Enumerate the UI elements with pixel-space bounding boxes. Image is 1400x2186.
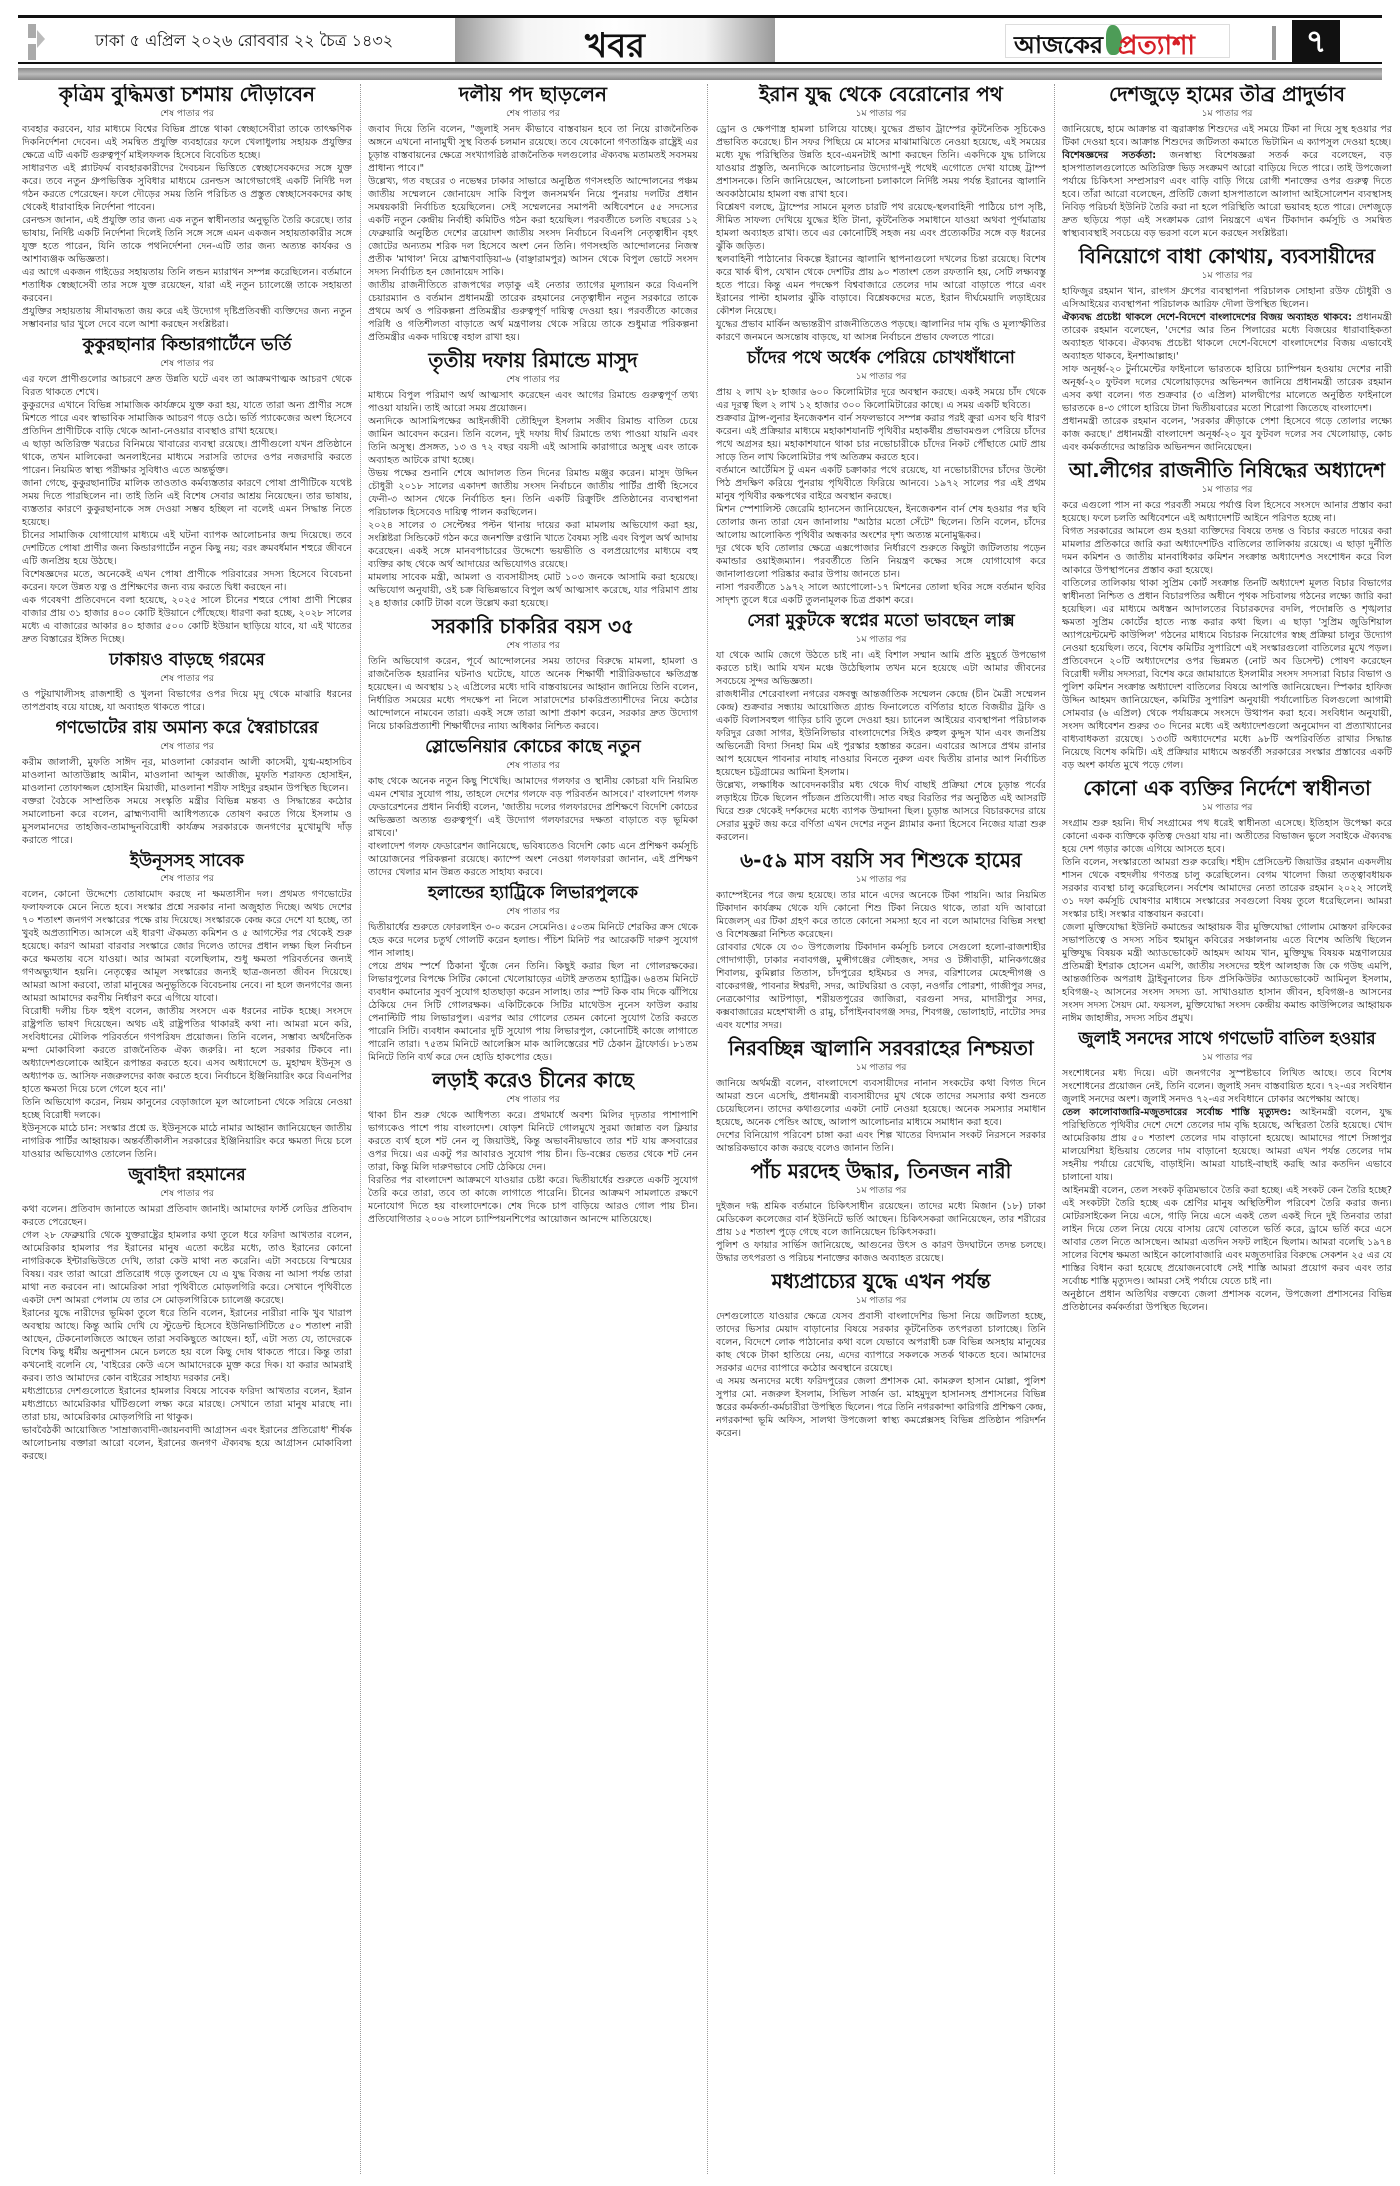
article-paragraph: স্থলবাহিনী পাঠানোর বিকল্পে ইরানের জ্বালা… [716, 253, 1046, 318]
article-paragraph: বিগত সরকারের আমলে গুম হওয়া ব্যক্তিদের ব… [1062, 525, 1392, 577]
continuation-note: শেষ পাতার পর [368, 758, 698, 773]
article-body: জানিয়ে অর্থমন্ত্রী বলেন, বাংলাদেশে ব্যব… [716, 1077, 1046, 1155]
article-paragraph: বিরতির পর বাংলাদেশ আক্রমণে যাওয়ার চেষ্ট… [368, 1174, 698, 1226]
article-paragraph: কাছ থেকে অনেক নতুন কিছু শিখেছি। আমাদের গ… [368, 775, 698, 840]
article-paragraph: জাতীয় রাজনীতিতে রাজপথের লড়াকু এই নেতার… [368, 279, 698, 344]
article: চাঁদের পথে অর্ধেক পেরিয়ে চোখধাঁধানো১ম প… [716, 350, 1046, 607]
article-paragraph: বলেন, কোনো উদ্দেশ্যে তোষামোদ করছে না ক্ষ… [22, 888, 352, 1005]
article-body: তিনি অভিযোগ করেন, পূর্বে আন্দোলনের সময় … [368, 655, 698, 733]
article-body: হাফিজুর রহমান খান, রাংগস গ্রুপের ব্যবস্থ… [1062, 285, 1392, 454]
article-paragraph: দেশগুলোতে যাওয়ার ক্ষেত্রে যেসব প্রবাসী … [716, 1310, 1046, 1375]
continuation-note: শেষ পাতার পর [22, 739, 352, 754]
continuation-note: ১ম পাতার পর [716, 106, 1046, 121]
article-paragraph: দেশের বিনিয়োগ পরিবেশ চাঙ্গা করা এবং শিল… [716, 1129, 1046, 1155]
dateline: ঢাকা ৫ এপ্রিল ২০২৬ রোববার ২২ চৈত্র ১৪৩২ [95, 28, 393, 55]
page-number: ৭ [1292, 20, 1340, 62]
article-paragraph: তেল কালোবাজারি-মজুতদারের সর্বোচ্চ শাস্তি… [1062, 1106, 1392, 1184]
newspaper-logo[interactable]: আজকের প্রত্যাশা [1005, 24, 1230, 58]
header-band [18, 68, 1382, 80]
article-paragraph: থাকা চীন শুরু থেকে আধিপত্য করে। প্রথমার্… [368, 1109, 698, 1174]
column-1: কৃত্রিম বুদ্ধিমত্তা চশমায় দৌড়াবেনশেষ প… [22, 84, 352, 2174]
article-paragraph: মধ্যপ্রাচ্যের দেশগুলোতে ইরানের হামলার বি… [22, 1385, 352, 1424]
article-paragraph: অনুষ্ঠানে প্রধান অতিথির বক্তব্যে জেলা প্… [1062, 1288, 1392, 1314]
article: স্লোভেনিয়ার কোচের কাছে নতুনশেষ পাতার পর… [368, 739, 698, 879]
article-headline[interactable]: জুলাই সনদের সাথে গণভোট বাতিল হওয়ার [1062, 1031, 1392, 1049]
article-headline[interactable]: গণভোটের রায় অমান্য করে স্বৈরাচারের [22, 720, 352, 738]
article-body: কথা বলেন। প্রতিবাদ জানাতে আমরা প্রতিবাদ … [22, 1203, 352, 1463]
article-paragraph: যুদ্ধের প্রভাব মার্কিন অভ্যন্তরীণ রাজনীত… [716, 318, 1046, 344]
article-body: ড্রোন ও ক্ষেপণাস্ত্র হামলা চালিয়ে যাচ্ছ… [716, 123, 1046, 344]
article-paragraph: হাফিজুর রহমান খান, রাংগস গ্রুপের ব্যবস্থ… [1062, 285, 1392, 311]
article-paragraph: জানিয়ে অর্থমন্ত্রী বলেন, বাংলাদেশে ব্যব… [716, 1077, 1046, 1129]
continuation-note: ১ম পাতার পর [1062, 106, 1392, 121]
bottom-rule [18, 62, 1382, 64]
article-paragraph: এর ফলে প্রাণীগুলোর আচরণে দ্রুত উন্নতি ঘট… [22, 373, 352, 399]
article: তৃতীয় দফায় রিমান্ডে মাসুদশেষ পাতার পরম… [368, 350, 698, 610]
article: সেরা মুকুটকে স্বপ্নের মতো ভাবছেন লাক্স১ম… [716, 613, 1046, 844]
continuation-note: ১ম পাতার পর [716, 1060, 1046, 1075]
article: পাঁচ মরদেহ উদ্ধার, তিনজন নারী১ম পাতার পর… [716, 1161, 1046, 1265]
article-headline[interactable]: জুবাইদা রহমানের [22, 1167, 352, 1185]
article-paragraph: ক্যাম্পেইনের পরে জন্ম হয়েছে। তার মানে এ… [716, 889, 1046, 941]
article-body: ব্যবহার করবেন, যার মাধ্যমে বিশ্বের বিভিন… [22, 123, 352, 331]
article-headline[interactable]: দেশজুড়ে হামের তীব্র প্রাদুর্ভাব [1062, 84, 1392, 105]
article-paragraph: গেল ২৮ ফেব্রুয়ারি থেকে যুক্তরাষ্ট্রের হ… [22, 1229, 352, 1307]
article-headline[interactable]: কৃত্রিম বুদ্ধিমত্তা চশমায় দৌড়াবেন [22, 84, 352, 105]
divider [1272, 26, 1276, 60]
article-paragraph: ভাববৈঠকী আয়োজিত 'সাম্রাজ্যবাদী-জায়নবাদ… [22, 1424, 352, 1463]
article: কোনো এক ব্যক্তির নির্দেশে স্বাধীনতা১ম পা… [1062, 778, 1392, 1025]
article-paragraph: শুক্রবার ট্রান্স-লুনার ইনজেকশন বার্ন সফল… [716, 412, 1046, 464]
article-body: জবাব দিয়ে তিনি বলেন, "জুলাই সনদ কীভাবে … [368, 123, 698, 344]
article: ইরান যুদ্ধ থেকে বেরোনোর পথ১ম পাতার পরড্র… [716, 84, 1046, 344]
article-body: যা থেকে আমি জেগে উঠতে চাই না। এই বিশাল স… [716, 649, 1046, 844]
article-body: থাকা চীন শুরু থেকে আধিপত্য করে। প্রথমার্… [368, 1109, 698, 1226]
article-headline[interactable]: ৬-৫৯ মাস বয়সি সব শিশুকে হামের [716, 850, 1046, 871]
logo-text-primary: আজকের [1014, 27, 1103, 67]
article-paragraph: ড্রোন ও ক্ষেপণাস্ত্র হামলা চালিয়ে যাচ্ছ… [716, 123, 1046, 201]
article-body: ও পটুয়াখালীসহ রাজশাহী ও খুলনা বিভাগের ও… [22, 688, 352, 714]
article: ৬-৫৯ মাস বয়সি সব শিশুকে হামের১ম পাতার প… [716, 850, 1046, 1032]
article-paragraph: মাধ্যমে বিপুল পরিমাণ অর্থ আত্মসাৎ করেছেন… [368, 389, 698, 415]
continuation-note: শেষ পাতার পর [368, 904, 698, 919]
article-headline[interactable]: তৃতীয় দফায় রিমান্ডে মাসুদ [368, 350, 698, 371]
article: দলীয় পদ ছাড়লেনশেষ পাতার পরজবাব দিয়ে ত… [368, 84, 698, 344]
article-paragraph: চীনের সামাজিক যোগাযোগ মাধ্যমে এই ঘটনা ব্… [22, 529, 352, 568]
continuation-note: শেষ পাতার পর [368, 106, 698, 121]
continuation-note: ১ম পাতার পর [716, 369, 1046, 384]
article-headline[interactable]: স্লোভেনিয়ার কোচের কাছে নতুন [368, 739, 698, 757]
article-paragraph: রেনল্ডস জানান, এই প্রযুক্তি তার জন্য এক … [22, 214, 352, 266]
section-banner: খবর [455, 18, 775, 62]
continuation-note: ১ম পাতার পর [1062, 1050, 1392, 1065]
article-headline[interactable]: ইরান যুদ্ধ থেকে বেরোনোর পথ [716, 84, 1046, 105]
article-paragraph: সাধারণত এই প্ল্যাটফর্ম ব্যবহারকারীদের দৈ… [22, 162, 352, 214]
article-paragraph: নাসা পরবর্তীতে ১৯৭২ সালে অ্যাপোলো-১৭ মিশ… [716, 581, 1046, 607]
article-headline[interactable]: বিনিয়োগে বাধা কোথায়, ব্যবসায়ীদের [1062, 246, 1392, 267]
article-paragraph: দূর থেকে ছবি তোলার ক্ষেত্রে এক্সপোজার নি… [716, 542, 1046, 581]
continuation-note: শেষ পাতার পর [22, 356, 352, 371]
article-paragraph: যা থেকে আমি জেগে উঠতে চাই না। এই বিশাল স… [716, 649, 1046, 688]
article-paragraph: পুলিশ ও ফায়ার সার্ভিস জানিয়েছে, আগুনের… [716, 1239, 1046, 1265]
article-headline[interactable]: মধ্যপ্রাচ্যের যুদ্ধে এখন পর্যন্ত [716, 1271, 1046, 1292]
article: আ.লীগের রাজনীতি নিষিদ্ধের অধ্যাদেশ১ম পাত… [1062, 460, 1392, 772]
article-paragraph: উভয় পক্ষের শুনানি শেষে আদালত তিন দিনের … [368, 467, 698, 519]
article-paragraph: এ সময় অন্যদের মধ্যে ফরিদপুরের জেলা প্রশ… [716, 1375, 1046, 1440]
article-paragraph: বক্তরা বৈঠকে সাম্প্রতিক সময়ে সংস্কৃতি ম… [22, 795, 352, 847]
article-paragraph: বর্তমানে আর্টেমিস টু এমন একটি চক্রাকার প… [716, 464, 1046, 503]
article-headline[interactable]: চাঁদের পথে অর্ধেক পেরিয়ে চোখধাঁধানো [716, 350, 1046, 368]
continuation-note: ১ম পাতার পর [716, 872, 1046, 887]
continuation-note: ১ম পাতার পর [1062, 800, 1392, 815]
article: কুকুরছানার কিন্ডারগার্টেনে ভর্তিশেষ পাতা… [22, 337, 352, 646]
article-paragraph: দ্বিতীয়ার্ধের শুরুতে ফোরলাইন ৩-০ করেন স… [368, 921, 698, 960]
article-paragraph: জবাব দিয়ে তিনি বলেন, "জুলাই সনদ কীভাবে … [368, 123, 698, 175]
column-2: দলীয় পদ ছাড়লেনশেষ পাতার পরজবাব দিয়ে ত… [368, 84, 698, 2174]
article-paragraph: এ ছাড়া অতিরিক্ত খরচের বিনিময়ে খাবারের … [22, 438, 352, 477]
continuation-note: ১ম পাতার পর [1062, 482, 1392, 497]
article-headline[interactable]: সরকারি চাকরির বয়স ৩৫ [368, 616, 698, 637]
article-paragraph: প্রধানমন্ত্রী তারেক রহমান বলেন, 'সরকার ক… [1062, 415, 1392, 454]
article: জুবাইদা রহমানেরশেষ পাতার পরকথা বলেন। প্র… [22, 1167, 352, 1463]
article-paragraph: বিশ্লেষণ বলছে, ট্রাম্পের সামনে মূলত চারট… [716, 201, 1046, 253]
article-paragraph: ব্যবহার করবেন, যার মাধ্যমে বিশ্বের বিভিন… [22, 123, 352, 162]
article-paragraph: আইনমন্ত্রী বলেন, তেল সংকট কৃত্রিমভাবে তৈ… [1062, 1184, 1392, 1288]
article-paragraph: তিনি বলেন, সংস্কারতো আমরা শুরু করেছি। শহ… [1062, 856, 1392, 921]
article: ইউনূসসহ সাবেকশেষ পাতার পরবলেন, কোনো উদ্দ… [22, 853, 352, 1162]
article: লড়াই করেও চীনের কাছেশেষ পাতার পরথাকা চী… [368, 1070, 698, 1226]
article: মধ্যপ্রাচ্যের যুদ্ধে এখন পর্যন্ত১ম পাতার… [716, 1271, 1046, 1440]
column-4: দেশজুড়ে হামের তীব্র প্রাদুর্ভাব১ম পাতার… [1062, 84, 1392, 2174]
article-paragraph: ইরানের যুদ্ধে নারীদের ভূমিকা তুলে ধরে তি… [22, 1307, 352, 1385]
column-3: ইরান যুদ্ধ থেকে বেরোনোর পথ১ম পাতার পরড্র… [716, 84, 1046, 2174]
article-paragraph: করে এগুলো পাস না করে পরবর্তী সময়ে পর্যা… [1062, 499, 1392, 525]
article-paragraph: জানা গেছে, কুকুরছানাটির মালিক তাওতাও কর্… [22, 477, 352, 529]
article-paragraph: কথা বলেন। প্রতিবাদ জানাতে আমরা প্রতিবাদ … [22, 1203, 352, 1229]
article-paragraph: মামলায় সাবেক মন্ত্রী, আমলা ও ব্যবসায়ীস… [368, 571, 698, 610]
column-divider [360, 84, 361, 2174]
article: নিরবচ্ছিন্ন জ্বালানি সরবরাহের নিশ্চয়তা১… [716, 1038, 1046, 1155]
article-body: দ্বিতীয়ার্ধের শুরুতে ফোরলাইন ৩-০ করেন স… [368, 921, 698, 1064]
continuation-note: ১ম পাতার পর [716, 632, 1046, 647]
article: গণভোটের রায় অমান্য করে স্বৈরাচারেরশেষ প… [22, 720, 352, 847]
article-paragraph: জেলা মুক্তিযোদ্ধা ইউনিট কমান্ডের আহ্বায়… [1062, 921, 1392, 1025]
article-body: প্রায় ২ লাখ ২৮ হাজার ৬০০ কিলোমিটার দূরে… [716, 386, 1046, 607]
article-headline[interactable]: আ.লীগের রাজনীতি নিষিদ্ধের অধ্যাদেশ [1062, 460, 1392, 481]
continuation-note: শেষ পাতার পর [22, 1186, 352, 1201]
article-body: করে এগুলো পাস না করে পরবর্তী সময়ে পর্যা… [1062, 499, 1392, 772]
article-body: জানিয়েছে, হামে আক্রান্ত বা জ্বরাক্রান্ত… [1062, 123, 1392, 240]
article-body: মাধ্যমে বিপুল পরিমাণ অর্থ আত্মসাৎ করেছেন… [368, 389, 698, 610]
article-headline[interactable]: সেরা মুকুটকে স্বপ্নের মতো ভাবছেন লাক্স [716, 613, 1046, 631]
article-paragraph: করীম জালালী, মুফতি সাঈদ নূর, মাওলানা কোর… [22, 756, 352, 795]
article-paragraph: তিনি অভিযোগ করেন, নিয়ম কানুনের বেড়াজাল… [22, 1096, 352, 1122]
masthead: ঢাকা ৫ এপ্রিল ২০২৬ রোববার ২২ চৈত্র ১৪৩২ … [0, 0, 1400, 62]
article-headline[interactable]: পাঁচ মরদেহ উদ্ধার, তিনজন নারী [716, 1161, 1046, 1182]
article-headline[interactable]: হলান্ডের হ্যাট্রিকে লিভারপুলকে [368, 885, 698, 903]
article-paragraph: কুকুরদের এখানে বিভিন্ন সামাজিক কার্যক্রম… [22, 399, 352, 438]
continuation-note: ১ম পাতার পর [716, 1293, 1046, 1308]
article-headline[interactable]: কুকুরছানার কিন্ডারগার্টেনে ভর্তি [22, 337, 352, 355]
article-body: এর ফলে প্রাণীগুলোর আচরণে দ্রুত উন্নতি ঘট… [22, 373, 352, 646]
article-paragraph: দুইজন দগ্ধ শ্রমিক বর্তমানে চিকিৎসাধীন রয… [716, 1200, 1046, 1239]
article-paragraph: ঐক্যবদ্ধ প্রচেষ্টা থাকলে দেশে-বিদেশে বাং… [1062, 311, 1392, 363]
article-body: সংগ্রাম শুরু হয়নি। দীর্ঘ সংগ্রামের পথ ধ… [1062, 817, 1392, 1025]
article-headline[interactable]: দলীয় পদ ছাড়লেন [368, 84, 698, 105]
article: দেশজুড়ে হামের তীব্র প্রাদুর্ভাব১ম পাতার… [1062, 84, 1392, 240]
article-headline[interactable]: নিরবচ্ছিন্ন জ্বালানি সরবরাহের নিশ্চয়তা [716, 1038, 1046, 1059]
article-paragraph: এক গবেষণা প্রতিবেদনে বলা হয়েছে, ২০২৫ সা… [22, 594, 352, 646]
continuation-note: শেষ পাতার পর [22, 671, 352, 686]
article-paragraph: বিশেষজ্ঞদের মতে, অনেকেই এখন পোষা প্রাণীক… [22, 568, 352, 594]
article-paragraph: সংগ্রাম শুরু হয়নি। দীর্ঘ সংগ্রামের পথ ধ… [1062, 817, 1392, 856]
continuation-note: শেষ পাতার পর [22, 106, 352, 121]
article-paragraph: প্রযুক্তির সহায়তায় সীমাবদ্ধতা জয় করে … [22, 305, 352, 331]
article-headline[interactable]: ঢাকায়ও বাড়ছে গরমের [22, 652, 352, 670]
article-paragraph: বিশেষজ্ঞদের সতর্কতা: জনস্বাস্থ্য বিশেষজ্… [1062, 149, 1392, 240]
article-body: বলেন, কোনো উদ্দেশ্যে তোষামোদ করছে না ক্ষ… [22, 888, 352, 1161]
article-body: দুইজন দগ্ধ শ্রমিক বর্তমানে চিকিৎসাধীন রয… [716, 1200, 1046, 1265]
article-headline[interactable]: ইউনূসসহ সাবেক [22, 853, 352, 871]
article-paragraph: তিনি অভিযোগ করেন, পূর্বে আন্দোলনের সময় … [368, 655, 698, 733]
article-paragraph: বাংলাদেশ গলফ ফেডারেশন জানিয়েছে, ভবিষ্যত… [368, 840, 698, 879]
article-paragraph: ইউনূসকে মাঠে চান: সংস্কার প্রশ্নে ড. ইউন… [22, 1122, 352, 1161]
article: জুলাই সনদের সাথে গণভোট বাতিল হওয়ার১ম পা… [1062, 1031, 1392, 1314]
article-paragraph: বাতিলের তালিকায় থাকা সুপ্রিম কোর্ট সংক্… [1062, 577, 1392, 772]
article-paragraph: এর আগে একজন গাইডের সহায়তায় তিনি লন্ডন … [22, 266, 352, 305]
article-paragraph: ২০২৪ সালের ৩ সেপ্টেম্বর পল্টন থানায় দায… [368, 519, 698, 571]
continuation-note: শেষ পাতার পর [368, 372, 698, 387]
article-paragraph: সাফ অনূর্ধ্ব-২০ টুর্নামেন্টের ফাইনালে ভা… [1062, 363, 1392, 415]
continuation-note: শেষ পাতার পর [22, 871, 352, 886]
continuation-note: শেষ পাতার পর [368, 638, 698, 653]
article-body: কাছ থেকে অনেক নতুন কিছু শিখেছি। আমাদের গ… [368, 775, 698, 879]
article-body: সংশোধনের মধ্য দিয়ে। এটা জনগণের সুস্পষ্ট… [1062, 1067, 1392, 1314]
article: ঢাকায়ও বাড়ছে গরমেরশেষ পাতার পরও পটুয়া… [22, 652, 352, 714]
column-divider [1054, 84, 1055, 2174]
page-columns: কৃত্রিম বুদ্ধিমত্তা চশমায় দৌড়াবেনশেষ প… [22, 84, 1382, 2174]
article-body: ক্যাম্পেইনের পরে জন্ম হয়েছে। তার মানে এ… [716, 889, 1046, 1032]
article-paragraph: রাজধানীর শেরেবাংলা নগরের বঙ্গবন্ধু আন্তর… [716, 688, 1046, 779]
article-paragraph: উল্লেখ্য, লক্ষাধিক আবেদনকারীর মধ্য থেকে … [716, 779, 1046, 844]
article-paragraph: প্রায় ২ লাখ ২৮ হাজার ৬০০ কিলোমিটার দূরে… [716, 386, 1046, 412]
article: কৃত্রিম বুদ্ধিমত্তা চশমায় দৌড়াবেনশেষ প… [22, 84, 352, 331]
article: হলান্ডের হ্যাট্রিকে লিভারপুলকেশেষ পাতার … [368, 885, 698, 1064]
article-paragraph: পেয়ে প্রথম স্পর্শে ঠিকানা খুঁজে নেন তিন… [368, 960, 698, 1064]
article-headline[interactable]: কোনো এক ব্যক্তির নির্দেশে স্বাধীনতা [1062, 778, 1392, 799]
continuation-note: ১ম পাতার পর [1062, 268, 1392, 283]
article-paragraph: মিশন স্পেশালিস্ট জেরেমি হ্যানসেন জানিয়ে… [716, 503, 1046, 542]
article-paragraph: ও পটুয়াখালীসহ রাজশাহী ও খুলনা বিভাগের ও… [22, 688, 352, 714]
page-marker-icon [28, 24, 42, 60]
article-paragraph: রোববার থেকে যে ৩০ উপজেলায় টিকাদান কর্মস… [716, 941, 1046, 1032]
column-divider [707, 84, 708, 2174]
article-paragraph: বিরোধী দলীয় চিফ হুইপ বলেন, জাতীয় সংসদে… [22, 1005, 352, 1096]
article-paragraph: সংশোধনের মধ্য দিয়ে। এটা জনগণের সুস্পষ্ট… [1062, 1067, 1392, 1106]
article: সরকারি চাকরির বয়স ৩৫শেষ পাতার পরতিনি অভ… [368, 616, 698, 733]
article-paragraph: উল্লেখ্য, গত বছরের ৩ নভেম্বর ঢাকার সাভার… [368, 175, 698, 279]
continuation-note: শেষ পাতার পর [368, 1092, 698, 1107]
continuation-note: ১ম পাতার পর [716, 1183, 1046, 1198]
article: বিনিয়োগে বাধা কোথায়, ব্যবসায়ীদের১ম পা… [1062, 246, 1392, 454]
article-headline[interactable]: লড়াই করেও চীনের কাছে [368, 1070, 698, 1091]
article-body: দেশগুলোতে যাওয়ার ক্ষেত্রে যেসব প্রবাসী … [716, 1310, 1046, 1440]
article-body: করীম জালালী, মুফতি সাঈদ নূর, মাওলানা কোর… [22, 756, 352, 847]
article-paragraph: অন্যদিকে আসামিপক্ষের আইনজীবী তৌহিদুল ইসল… [368, 415, 698, 467]
article-paragraph: জানিয়েছে, হামে আক্রান্ত বা জ্বরাক্রান্ত… [1062, 123, 1392, 149]
